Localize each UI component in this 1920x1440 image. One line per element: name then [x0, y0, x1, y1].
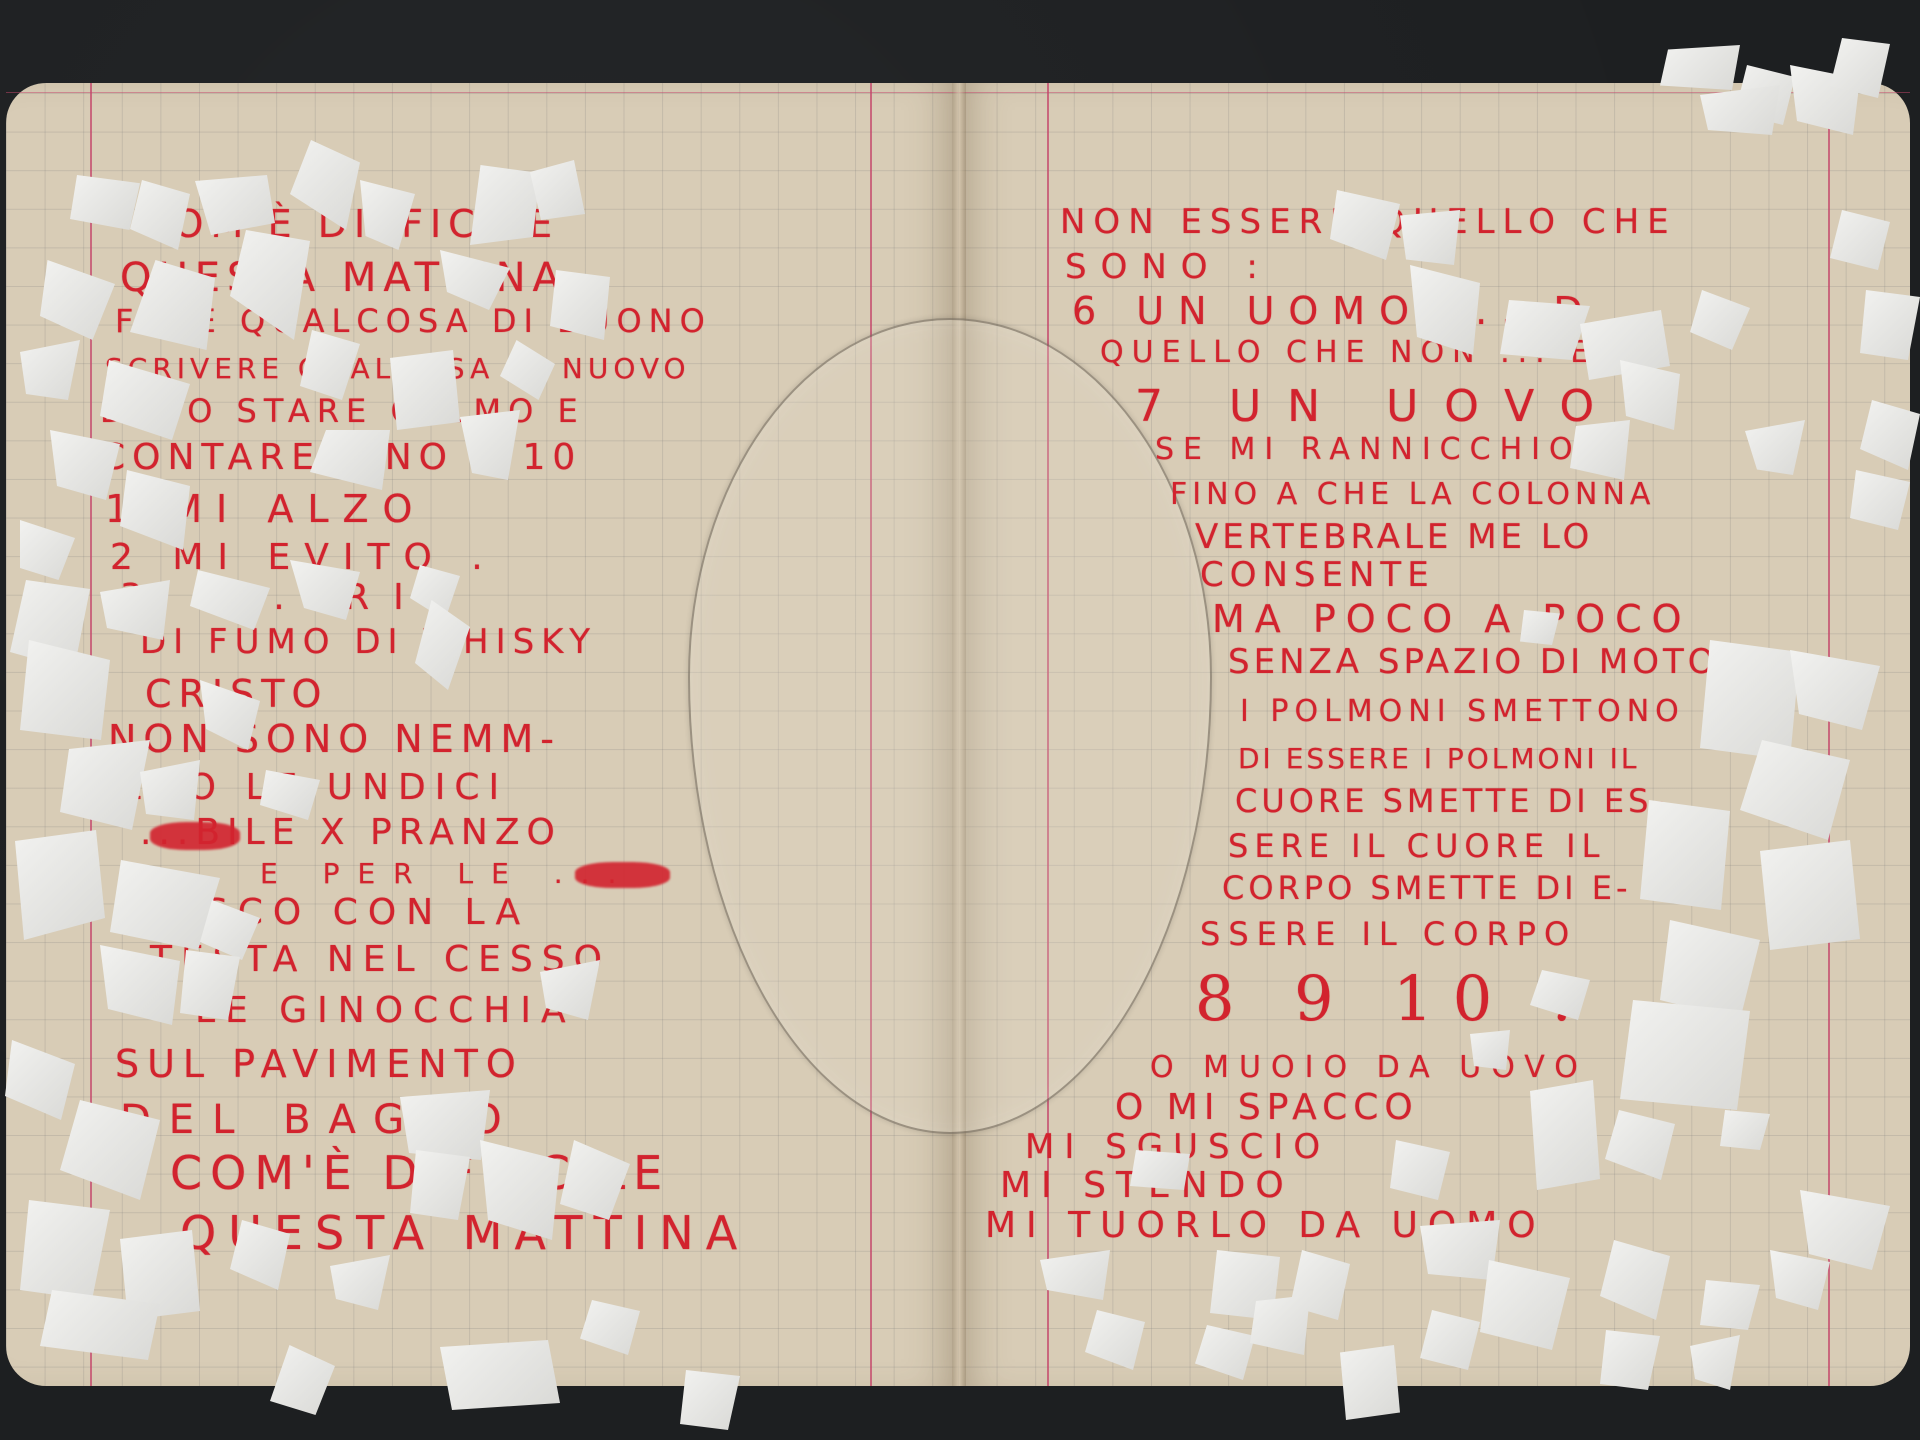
- crossed-out-scribble: [575, 862, 670, 888]
- poem-line: SE MI RANNICCHIO: [1155, 435, 1582, 465]
- eggshell-fragment: [470, 165, 540, 245]
- eggshell-fragment: [1620, 1000, 1750, 1110]
- poem-line: CONSENTE: [1200, 558, 1435, 592]
- eggshell-fragment: [1400, 210, 1460, 265]
- eggshell-fragment: [1660, 45, 1740, 90]
- poem-line: CUORE SMETTE DI ES-: [1235, 785, 1668, 817]
- poem-line: SUL PAVIMENTO: [115, 1045, 524, 1083]
- top-rule-line: [6, 92, 958, 93]
- eggshell-fragment: [1760, 840, 1860, 950]
- eggshell-fragment: [1340, 1345, 1400, 1420]
- eggshell-fragment: [1470, 1030, 1510, 1070]
- poem-line: O MUOIO DA UOVO: [1150, 1053, 1588, 1083]
- right-margin-line: [1828, 83, 1830, 1386]
- poem-line: MA POCO A POCO: [1212, 600, 1692, 638]
- poem-line: FINO A CHE LA COLONNA: [1170, 480, 1655, 510]
- poem-line: DI ESSERE I POLMONI IL: [1238, 745, 1640, 773]
- eggshell-fragment: [440, 1340, 560, 1410]
- poem-line: CORPO SMETTE DI E-: [1222, 872, 1632, 904]
- poem-line: VERTEBRALE ME LO: [1195, 520, 1593, 554]
- poem-line: 7 UN UOVO: [1135, 385, 1620, 429]
- crossed-out-scribble: [150, 822, 240, 850]
- poem-line: SERE IL CUORE IL: [1228, 830, 1605, 862]
- poem-line: NON SONO NEMM-: [108, 720, 561, 758]
- poem-line: LE GINOCCHIA: [195, 993, 576, 1029]
- poem-line: SSERE IL CORPO: [1200, 918, 1577, 950]
- eggshell-fragment: [400, 1090, 490, 1160]
- poem-line: I POLMONI SMETTONO: [1240, 697, 1685, 727]
- eggshell-fragment: [1640, 800, 1730, 910]
- poem-line: SENZA SPAZIO DI MOTO: [1228, 645, 1719, 679]
- eggshell-fragment: [390, 350, 460, 430]
- eggshell-fragment: [1700, 640, 1800, 760]
- eggshell-fragment: [1130, 1150, 1190, 1190]
- poem-line: SONO :: [1065, 250, 1272, 284]
- poem-line: O MI SPACCO: [1115, 1090, 1419, 1126]
- eggshell-fragment: [1530, 1080, 1600, 1190]
- poem-line: DI FUMO DI WHISKY: [140, 625, 597, 659]
